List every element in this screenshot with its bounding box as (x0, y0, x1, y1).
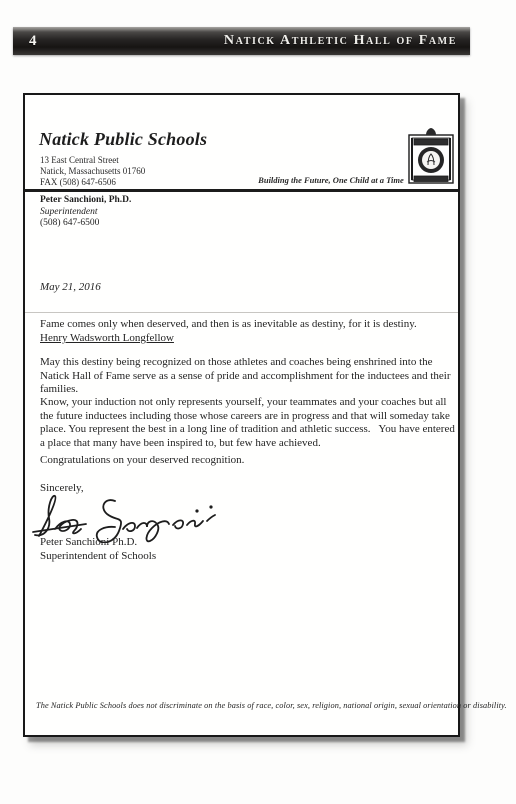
official-title: Superintendent (40, 207, 131, 219)
letterhead-tagline: Building the Future, One Child at a Time (251, 175, 411, 185)
natick-town-seal-icon (404, 127, 458, 194)
letter-paragraph-1: May this destiny being recognized on tho… (40, 356, 456, 397)
address-line-1: 13 East Central Street (40, 155, 145, 166)
official-contact-block: Peter Sanchioni, Ph.D. Superintendent (5… (40, 195, 131, 230)
letterhead-school-name: Natick Public Schools (39, 129, 207, 150)
letterhead-divider-rule (25, 189, 458, 192)
signer-typed-name: Peter Sanchioni Ph.D. (40, 536, 137, 548)
letter-date: May 21, 2016 (40, 281, 101, 293)
letterhead-address: 13 East Central Street Natick, Massachus… (40, 155, 145, 188)
letter-paragraph-2: Know, your induction not only represents… (40, 396, 458, 450)
signer-typed-title: Superintendent of Schools (40, 550, 156, 562)
page-header-title: Natick Athletic Hall of Fame (224, 33, 470, 49)
official-phone: (508) 647-6500 (40, 218, 131, 230)
address-line-2: Natick, Massachusetts 01760 (40, 166, 145, 177)
scan-artifact-line (25, 312, 458, 313)
letter-closing-line: Congratulations on your deserved recogni… (40, 454, 456, 468)
page-header-bar: 4 Natick Athletic Hall of Fame (13, 27, 470, 55)
address-line-3: FAX (508) 647-6506 (40, 177, 145, 188)
letter-sheet: Natick Public Schools 13 East Central St… (23, 93, 460, 737)
page-number: 4 (13, 33, 37, 50)
official-name: Peter Sanchioni, Ph.D. (40, 195, 131, 207)
quote-attribution: Henry Wadsworth Longfellow (40, 332, 174, 346)
nondiscrimination-disclaimer: The Natick Public Schools does not discr… (36, 701, 460, 710)
quote-text: Fame comes only when deserved, and then … (40, 318, 454, 332)
